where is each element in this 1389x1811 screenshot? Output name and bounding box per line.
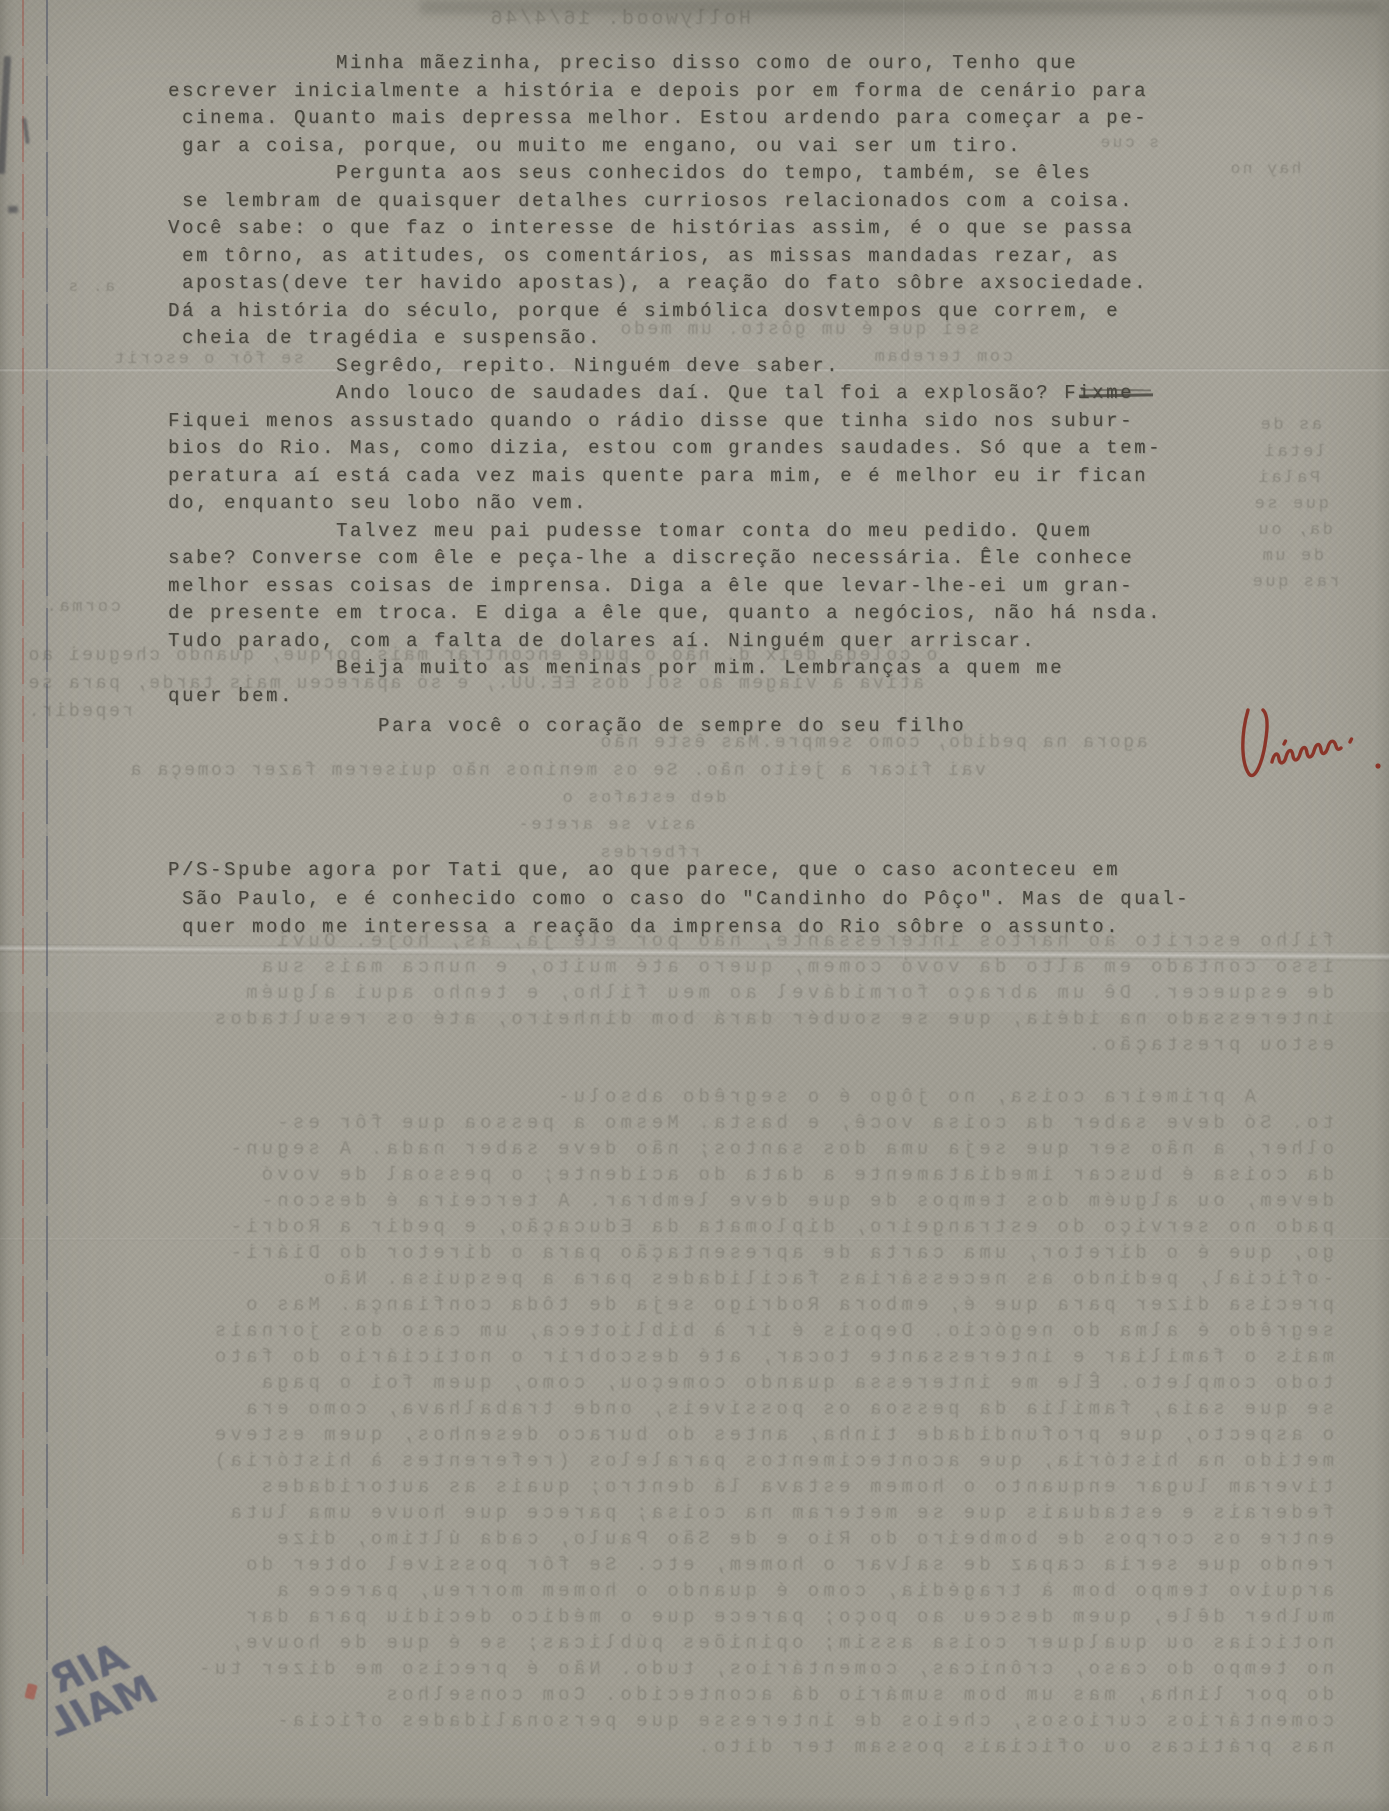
- letter-body: Minha mãezinha, preciso disso como de ou…: [168, 50, 1162, 710]
- typed-line: se lembram de quaisquer detalhes currios…: [168, 188, 1162, 216]
- typed-line: de presente em troca. E diga a êle que, …: [168, 600, 1162, 628]
- closing-line: Para você o coração de sempre do seu fil…: [168, 713, 966, 741]
- typed-line: Segrêdo, repito. Ninguém deve saber.: [168, 353, 1162, 381]
- typed-line: em tôrno, as atitudes, os comentários, a…: [168, 243, 1162, 271]
- margin-rule-blue: [46, 0, 48, 1796]
- typed-line: Tudo parado, com a falta de dolares aí. …: [168, 628, 1162, 656]
- typed-line: Beija muito as meninas por mim. Lembranç…: [168, 655, 1162, 683]
- typed-line: Talvez meu pai pudesse tomar conta do me…: [168, 518, 1162, 546]
- fold-light-band: [0, 952, 1389, 1012]
- typed-line: Fiquei menos assustado quando o rádio di…: [168, 408, 1162, 436]
- typed-line: Ando louco de saudades daí. Que tal foi …: [168, 380, 1162, 408]
- signature-stroke: [1284, 741, 1286, 744]
- typed-line: peratura aí está cada vez mais quente pa…: [168, 463, 1162, 491]
- typed-line: Pergunta aos seus conhecidos do tempo, t…: [168, 160, 1162, 188]
- typed-line: Dá a história do século, porque é simból…: [168, 298, 1162, 326]
- typed-line: gar a coisa, porque, ou muito me engano,…: [168, 133, 1162, 161]
- postscript-line: P/S-Spube agora por Tati que, ao que par…: [168, 856, 1190, 885]
- typed-line: cheia de tragédia e suspensão.: [168, 325, 1162, 353]
- lower-half-tint: [0, 956, 1389, 1811]
- corner-ink-mark: [8, 206, 18, 213]
- typed-line: Você sabe: o que faz o interesse de hist…: [168, 215, 1162, 243]
- signature-autograph: [1232, 700, 1384, 800]
- typed-line: bios do Rio. Mas, como dizia, estou com …: [168, 435, 1162, 463]
- typed-line: cinema. Quanto mais depressa melhor. Est…: [168, 105, 1162, 133]
- postscript-line: quer modo me interessa a reação da impre…: [168, 913, 1190, 942]
- signature-stroke: [1243, 710, 1267, 775]
- signature-stroke: [1272, 741, 1341, 763]
- typed-line: quer bem.: [168, 683, 1162, 711]
- postscript-line: São Paulo, e é conhecido como o caso do …: [168, 885, 1190, 914]
- margin-rule-red: [22, 0, 24, 1565]
- typed-line: escrever inicialmente a história e depoi…: [168, 78, 1162, 106]
- typed-line: do, enquanto seu lobo não vem.: [168, 490, 1162, 518]
- top-edge-smudge: [420, 0, 1380, 14]
- typed-line: apostas(deve ter havido apostas), a reaç…: [168, 270, 1162, 298]
- signature-stroke: [1350, 739, 1352, 742]
- typed-line: sabe? Converse com êle e peça-lhe a disc…: [168, 545, 1162, 573]
- typed-line: Minha mãezinha, preciso disso como de ou…: [168, 50, 1162, 78]
- signature-period: [1375, 763, 1380, 768]
- typed-line: melhor essas coisas de imprensa. Diga a …: [168, 573, 1162, 601]
- postscript-block: P/S-Spube agora por Tati que, ao que par…: [168, 856, 1190, 942]
